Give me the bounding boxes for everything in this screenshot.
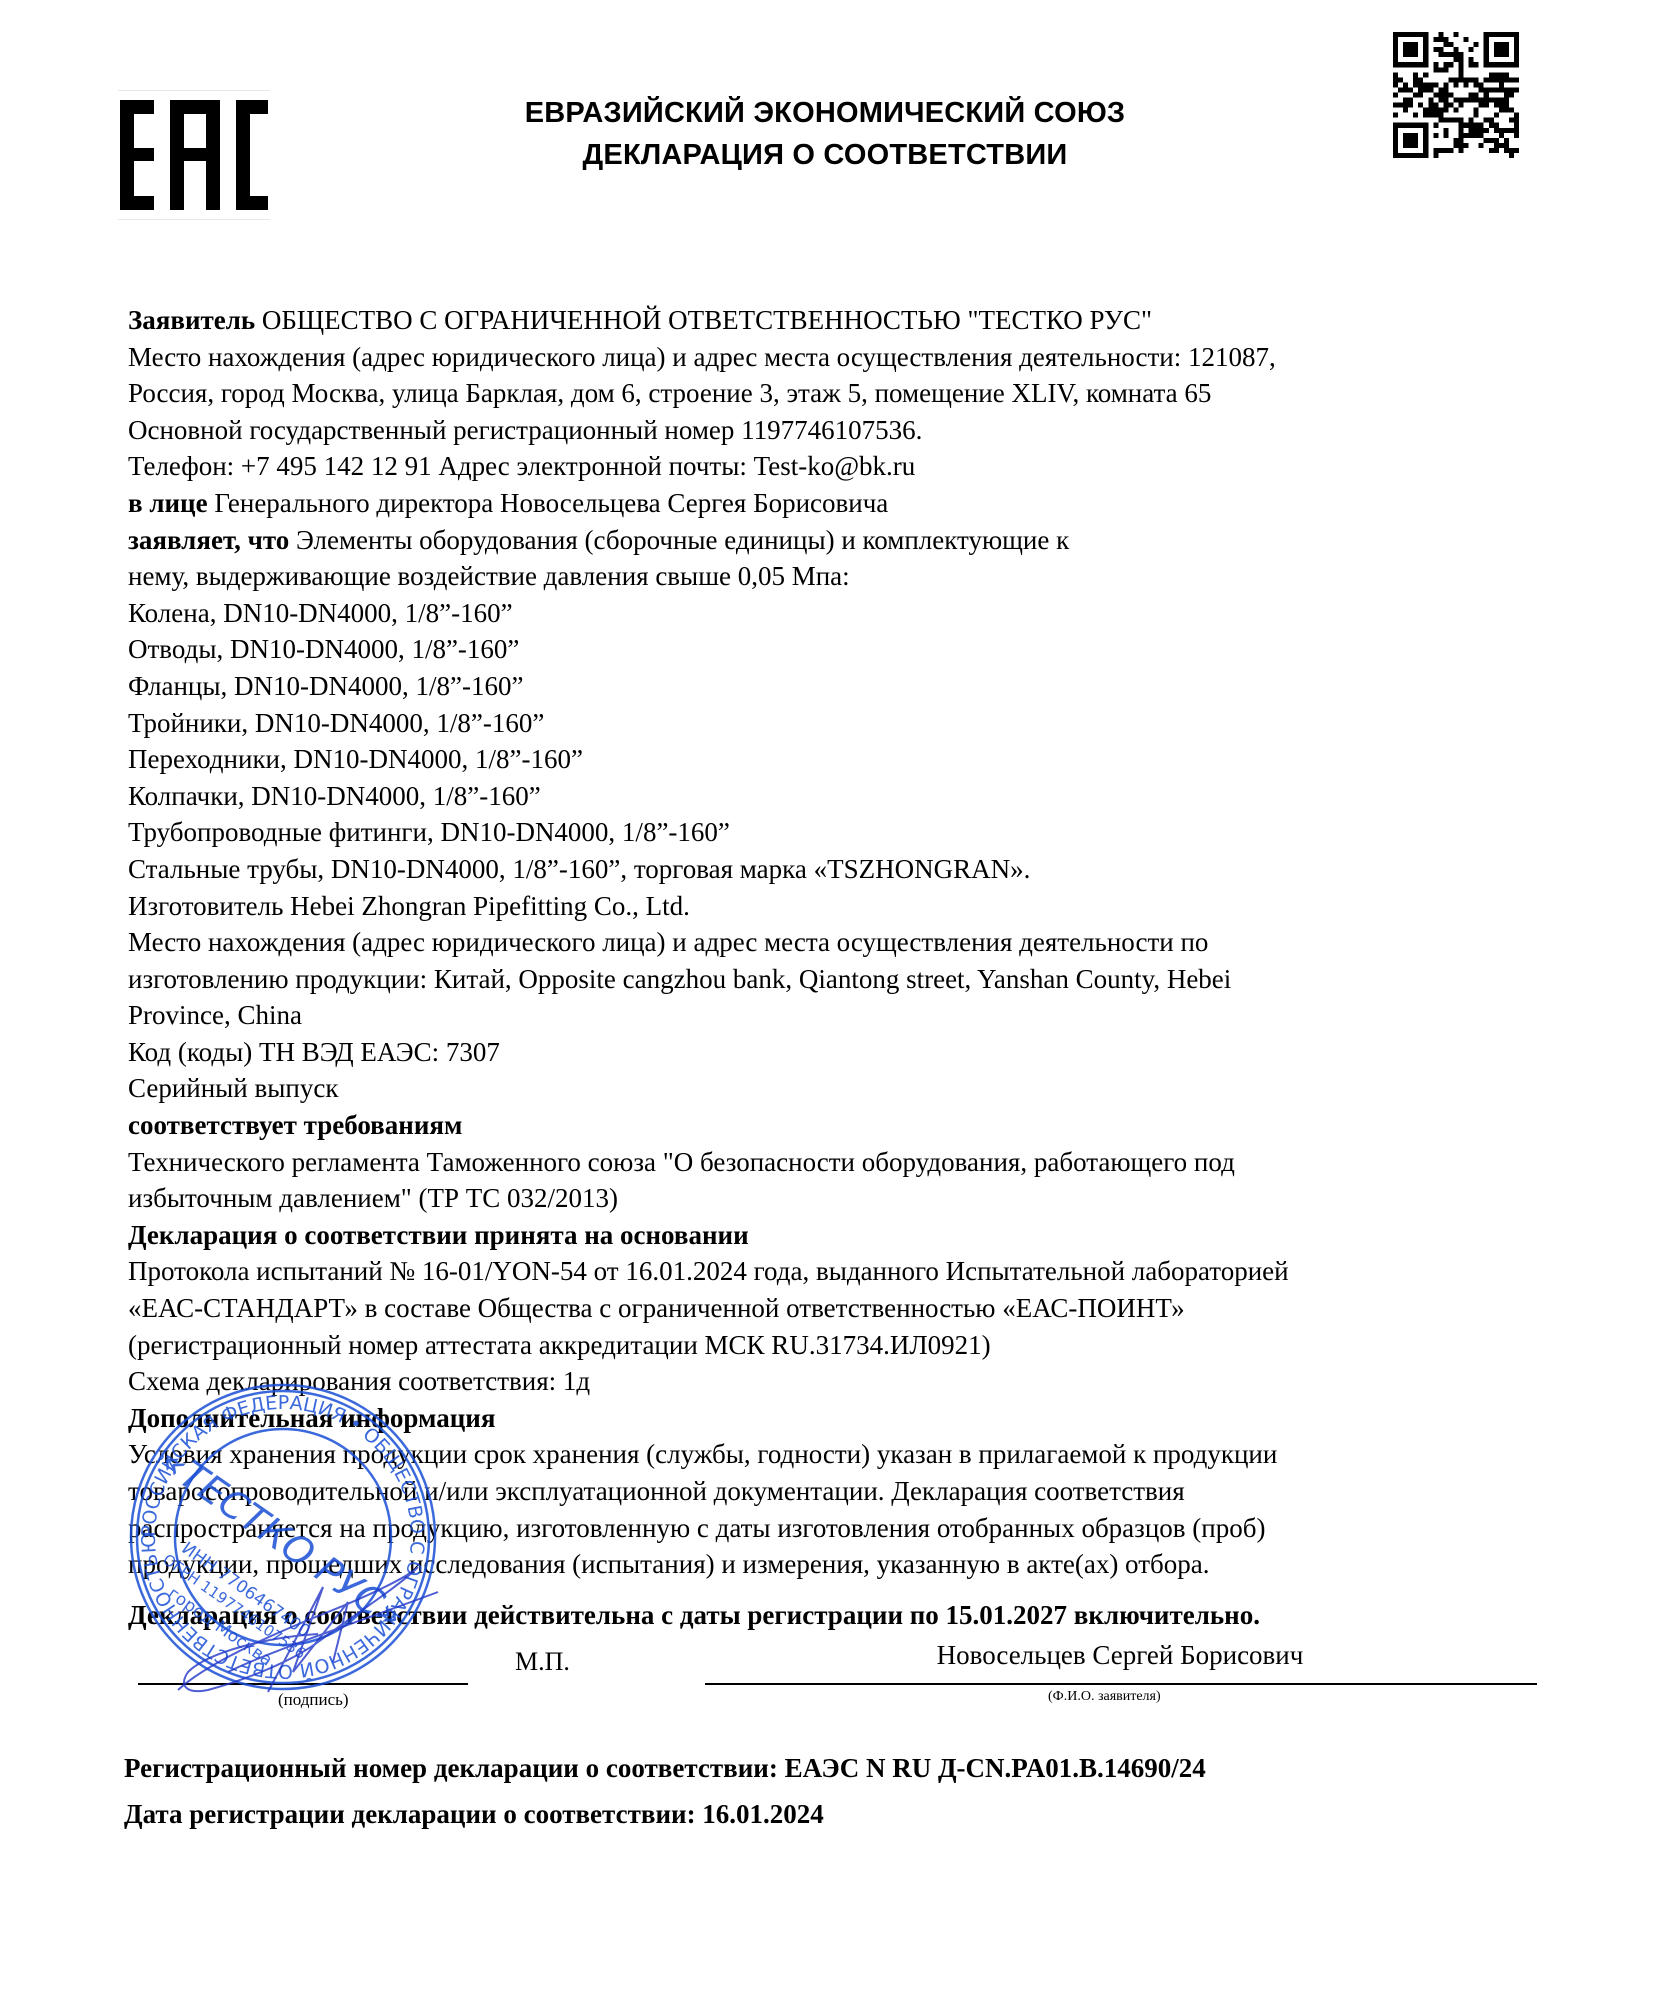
signature-line [138,1683,468,1685]
represented-line: в лице Генерального директора Новосельце… [128,485,1558,522]
additional-4: продукции, прошедших исследования (испыт… [128,1546,1558,1583]
product-item: Колпачки, DN10-DN4000, 1/8”-160” [128,778,1558,815]
applicant-line: Заявитель ОБЩЕСТВО С ОГРАНИЧЕННОЙ ОТВЕТС… [128,302,1558,339]
declares-line: заявляет, что Элементы оборудования (сбо… [128,522,1558,559]
production-type: Серийный выпуск [128,1070,1558,1107]
product-item: Фланцы, DN10-DN4000, 1/8”-160” [128,668,1558,705]
registration-block: Регистрационный номер декларации о соотв… [124,1745,1206,1837]
registration-date: Дата регистрации декларации о соответств… [124,1791,1206,1837]
product-item: Стальные трубы, DN10-DN4000, 1/8”-160”, … [128,851,1558,888]
basis-1: Протокола испытаний № 16-01/YON-54 от 16… [128,1253,1558,1290]
complies-label: соответствует требованиям [128,1107,1558,1144]
applicant-address-1: Место нахождения (адрес юридического лиц… [128,339,1558,376]
additional-3: распространяется на продукцию, изготовле… [128,1510,1558,1547]
header-title-declaration: ДЕКЛАРАЦИЯ О СООТВЕТСТВИИ [300,134,1350,176]
seal-label: М.П. [515,1647,570,1677]
signature-caption: (подпись) [278,1690,349,1710]
applicant-ogrn: Основной государственный регистрационный… [128,412,1558,449]
eac-logo [118,90,270,220]
qr-code-icon[interactable] [1393,32,1519,158]
product-intro-1: Элементы оборудования (сборочные единицы… [289,525,1069,555]
product-item: Отводы, DN10-DN4000, 1/8”-160” [128,631,1558,668]
represented-by: Генерального директора Новосельцева Серг… [208,488,889,518]
header-title-union: ЕВРАЗИЙСКИЙ ЭКОНОМИЧЕСКИЙ СОЮЗ [300,92,1350,134]
manufacturer-address-2: изготовлению продукции: Китай, Opposite … [128,961,1558,998]
manufacturer-address-1: Место нахождения (адрес юридического лиц… [128,924,1558,961]
signer-name: Новосельцев Сергей Борисович [700,1640,1540,1671]
represented-label: в лице [128,488,208,518]
product-item: Тройники, DN10-DN4000, 1/8”-160” [128,705,1558,742]
manufacturer: Изготовитель Hebei Zhongran Pipefitting … [128,888,1558,925]
applicant-contacts: Телефон: +7 495 142 12 91 Адрес электрон… [128,448,1558,485]
signer-name-line [705,1683,1537,1685]
additional-label: Дополнительная информация [128,1400,1558,1437]
regulation-2: избыточным давлением" (ТР ТС 032/2013) [128,1180,1558,1217]
basis-3: (регистрационный номер аттестата аккреди… [128,1327,1558,1364]
regulation-1: Технического регламента Таможенного союз… [128,1144,1558,1181]
applicant-label: Заявитель [128,305,255,335]
product-item: Переходники, DN10-DN4000, 1/8”-160” [128,741,1558,778]
additional-1: Условия хранения продукции срок хранения… [128,1436,1558,1473]
hs-code: Код (коды) ТН ВЭД ЕАЭС: 7307 [128,1034,1558,1071]
registration-number: Регистрационный номер декларации о соотв… [124,1745,1206,1791]
product-item: Колена, DN10-DN4000, 1/8”-160” [128,595,1558,632]
declaration-body: Заявитель ОБЩЕСТВО С ОГРАНИЧЕННОЙ ОТВЕТС… [128,302,1558,1633]
eac-mark-icon [118,90,270,220]
applicant-address-2: Россия, город Москва, улица Барклая, дом… [128,375,1558,412]
signature-area: (подпись) М.П. Новосельцев Сергей Борисо… [0,1625,1654,1705]
document-header: ЕВРАЗИЙСКИЙ ЭКОНОМИЧЕСКИЙ СОЮЗ ДЕКЛАРАЦИ… [300,92,1350,176]
product-item: Трубопроводные фитинги, DN10-DN4000, 1/8… [128,814,1558,851]
additional-2: товаросопроводительной и/или эксплуатаци… [128,1473,1558,1510]
manufacturer-address-3: Province, China [128,997,1558,1034]
basis-2: «ЕАС-СТАНДАРТ» в составе Общества с огра… [128,1290,1558,1327]
product-intro-2: нему, выдерживающие воздействие давления… [128,558,1558,595]
scheme: Схема декларирования соответствия: 1д [128,1363,1558,1400]
product-list: Колена, DN10-DN4000, 1/8”-160”Отводы, DN… [128,595,1558,888]
signer-caption: (Ф.И.О. заявителя) [1048,1689,1161,1705]
declares-label: заявляет, что [128,525,289,555]
applicant-name: ОБЩЕСТВО С ОГРАНИЧЕННОЙ ОТВЕТСТВЕННОСТЬЮ… [255,305,1152,335]
basis-label: Декларация о соответствии принята на осн… [128,1217,1558,1254]
